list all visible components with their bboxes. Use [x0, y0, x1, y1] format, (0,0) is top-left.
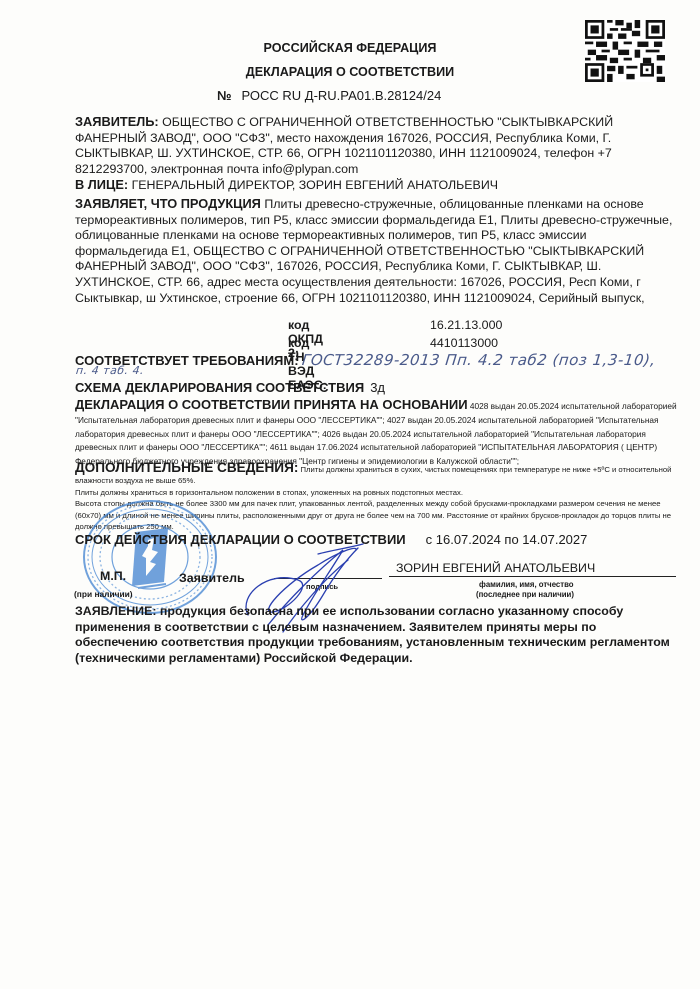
number-value: РОСС RU Д-RU.РА01.В.28124/24: [242, 88, 442, 103]
requirements-handwritten-2: п. 4 таб. 4.: [75, 364, 144, 377]
country-title: РОССИЙСКАЯ ФЕДЕРАЦИЯ: [0, 41, 700, 55]
signatory-name: ЗОРИН ЕВГЕНИЙ АНАТОЛЬЕВИЧ: [396, 561, 595, 575]
requirements-row: СООТВЕТСТВУЕТ ТРЕБОВАНИЯМ: ГОСТ32289-201…: [75, 351, 656, 369]
scheme-value: 3д: [370, 380, 385, 395]
seal-place-label: М.П.: [100, 569, 126, 583]
validity-value: с 16.07.2024 по 14.07.2027: [426, 532, 588, 547]
applicant-section: ЗАЯВИТЕЛЬ: ОБЩЕСТВО С ОГРАНИЧЕННОЙ ОТВЕТ…: [75, 114, 675, 177]
extra-label: ДОПОЛНИТЕЛЬНЫЕ СВЕДЕНИЯ:: [75, 460, 298, 475]
extra-line-2: Плиты должны храниться в горизонтальном …: [75, 488, 463, 497]
requirements-handwritten-1: ГОСТ32289-2013 Пп. 4.2 таб2 (поз 1,3-10)…: [301, 351, 657, 369]
person-label: В ЛИЦЕ:: [75, 177, 128, 192]
number-label: №: [217, 88, 232, 103]
scheme-row: СХЕМА ДЕКЛАРИРОВАНИЯ СООТВЕТСТВИЯ3д: [75, 380, 385, 395]
seal-place-note: (при наличии): [74, 589, 133, 599]
name-line: [389, 576, 676, 577]
name-caption-2: (последнее при наличии): [476, 590, 574, 599]
product-section: ЗАЯВЛЯЕТ, ЧТО ПРОДУКЦИЯ Плиты древесно-с…: [75, 196, 675, 306]
product-label: ЗАЯВЛЯЕТ, ЧТО ПРОДУКЦИЯ: [75, 196, 261, 211]
product-text: Плиты древесно-стружечные, облицованные …: [75, 197, 672, 305]
name-caption-1: фамилия, имя, отчество: [479, 580, 574, 589]
scheme-label: СХЕМА ДЕКЛАРИРОВАНИЯ СООТВЕТСТВИЯ: [75, 380, 364, 395]
basis-label: ДЕКЛАРАЦИЯ О СООТВЕТСТВИИ ПРИНЯТА НА ОСН…: [75, 397, 468, 412]
person-text: ГЕНЕРАЛЬНЫЙ ДИРЕКТОР, ЗОРИН ЕВГЕНИЙ АНАТ…: [132, 178, 498, 192]
okpd-value: 16.21.13.000: [430, 318, 502, 332]
basis-section: ДЕКЛАРАЦИЯ О СООТВЕТСТВИИ ПРИНЯТА НА ОСН…: [75, 398, 680, 469]
person-section: В ЛИЦЕ: ГЕНЕРАЛЬНЫЙ ДИРЕКТОР, ЗОРИН ЕВГЕ…: [75, 177, 675, 194]
statement-section: ЗАЯВЛЕНИЕ: продукция безопасна при ее ис…: [75, 604, 675, 667]
tnved-value: 4410113000: [430, 336, 498, 350]
applicant-label: ЗАЯВИТЕЛЬ:: [75, 114, 159, 129]
declaration-page: РОССИЙСКАЯ ФЕДЕРАЦИЯ ДЕКЛАРАЦИЯ О СООТВЕ…: [0, 0, 700, 989]
declaration-number: №РОСС RU Д-RU.РА01.В.28124/24: [217, 88, 441, 103]
document-title: ДЕКЛАРАЦИЯ О СООТВЕТСТВИИ: [0, 65, 700, 79]
